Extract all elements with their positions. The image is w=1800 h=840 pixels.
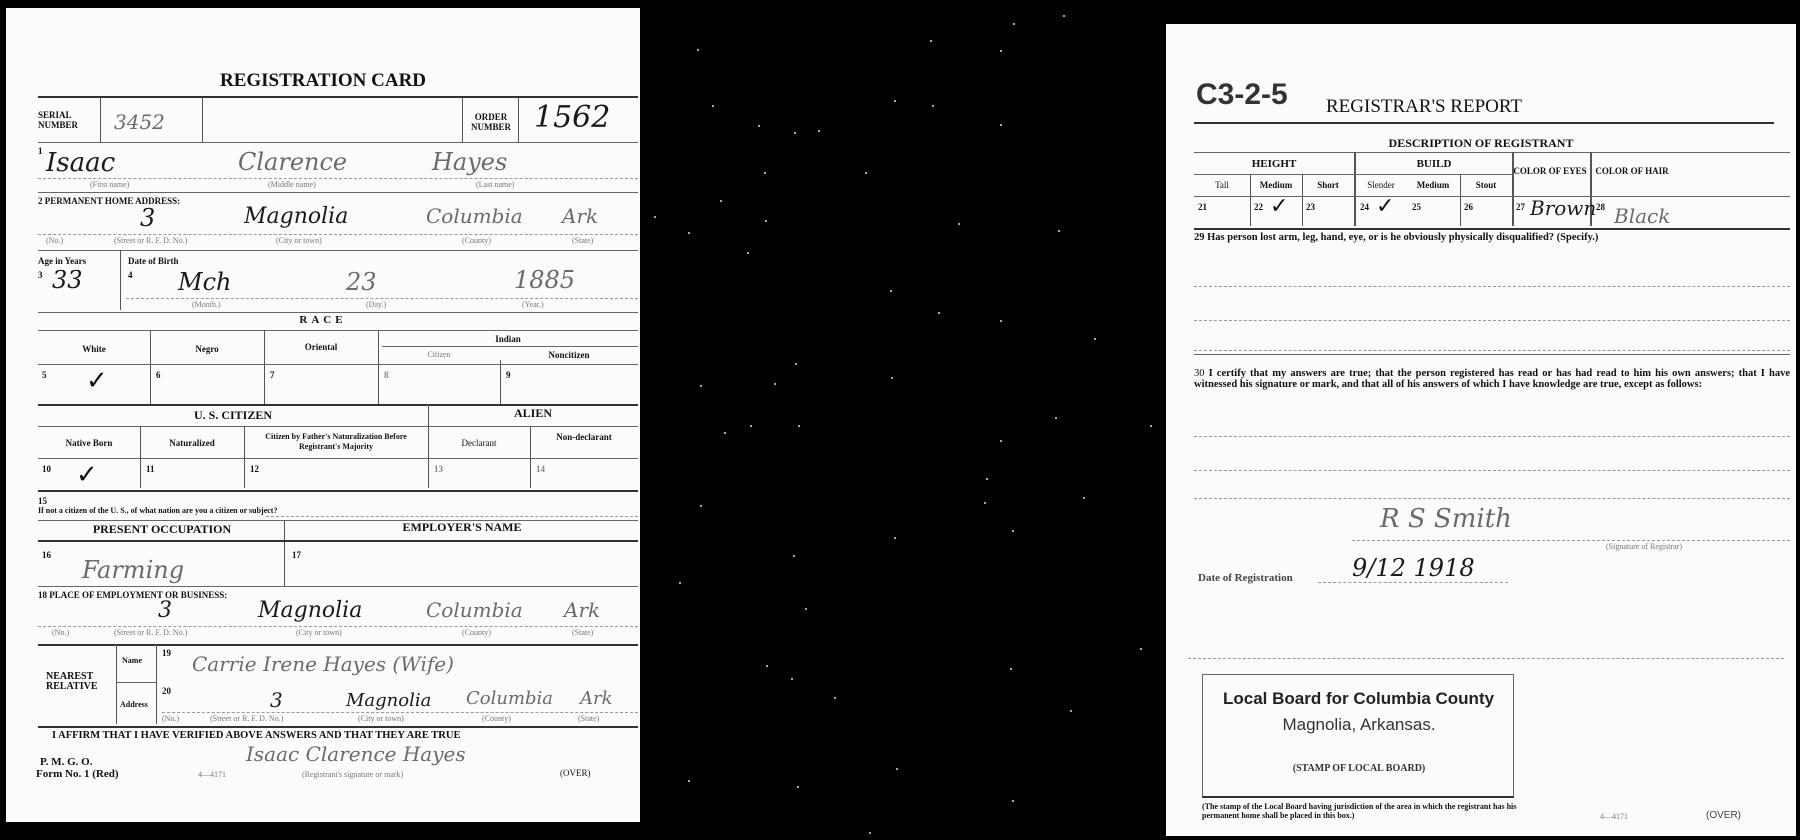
stamp-caption: (STAMP OF LOCAL BOARD) bbox=[1203, 763, 1515, 774]
dob-label: Date of Birth bbox=[128, 256, 179, 266]
stamp-line2: Magnolia, Arkansas. bbox=[1203, 715, 1515, 735]
last-name: Hayes bbox=[432, 148, 507, 176]
dob-month: Mch bbox=[178, 268, 231, 296]
occupation-label: PRESENT OCCUPATION bbox=[38, 522, 286, 537]
build-slender-checkmark: ✓ bbox=[1376, 194, 1394, 219]
serial-value: 3452 bbox=[114, 110, 165, 134]
home-no: 3 bbox=[140, 204, 155, 232]
hair-color-value: Black bbox=[1614, 204, 1670, 228]
dob-day: 23 bbox=[346, 268, 377, 296]
dob-year: 1885 bbox=[514, 266, 575, 294]
relative-address-city: Magnolia bbox=[346, 690, 431, 711]
relative-address-no: 3 bbox=[270, 688, 283, 712]
eye-color-value: Brown bbox=[1530, 196, 1596, 220]
age-label: Age in Years bbox=[38, 256, 86, 266]
employment-place-label: 18 PLACE OF EMPLOYMENT OR BUSINESS: bbox=[38, 590, 227, 600]
first-name: Isaac bbox=[46, 148, 115, 178]
employment-county: Columbia bbox=[426, 598, 523, 622]
relative-name: Carrie Irene Hayes (Wife) bbox=[192, 652, 454, 676]
native-born-checkmark: ✓ bbox=[76, 460, 98, 490]
registration-card: REGISTRATION CARD SERIAL NUMBER 3452 ORD… bbox=[6, 8, 640, 822]
report-title: REGISTRAR'S REPORT bbox=[1326, 96, 1522, 118]
occupation-value: Farming bbox=[82, 556, 184, 584]
home-county: Columbia bbox=[426, 204, 523, 228]
relative-address-state: Ark bbox=[580, 688, 613, 709]
stamp-line1: Local Board for Columbia County bbox=[1223, 689, 1494, 709]
home-city: Magnolia bbox=[244, 204, 348, 229]
employment-city: Magnolia bbox=[258, 598, 362, 623]
stamp-code: C3-2-5 bbox=[1196, 78, 1288, 112]
over-label: (OVER) bbox=[560, 768, 591, 778]
height-medium-checkmark: ✓ bbox=[1270, 194, 1288, 219]
card-title: REGISTRATION CARD bbox=[6, 70, 640, 92]
registrars-report-card: C3-2-5 REGISTRAR'S REPORT DESCRIPTION OF… bbox=[1166, 24, 1796, 836]
serial-label: SERIAL NUMBER bbox=[38, 110, 98, 130]
description-title: DESCRIPTION OF REGISTRANT bbox=[1166, 136, 1796, 151]
race-title: RACE bbox=[6, 314, 640, 326]
order-value: 1562 bbox=[534, 100, 610, 135]
registration-date: 9/12 1918 bbox=[1352, 554, 1475, 582]
alien-title: ALIEN bbox=[428, 406, 638, 421]
stamp-note: (The stamp of the Local Board having jur… bbox=[1202, 802, 1522, 820]
nearest-relative-label: NEAREST RELATIVE bbox=[46, 672, 116, 692]
affirmation-text: I AFFIRM THAT I HAVE VERIFIED ABOVE ANSW… bbox=[52, 730, 460, 741]
order-label: ORDER NUMBER bbox=[466, 112, 516, 132]
home-state: Ark bbox=[562, 204, 598, 228]
us-citizen-title: U. S. CITIZEN bbox=[38, 408, 428, 423]
registrar-signature: R S Smith bbox=[1380, 504, 1512, 534]
question-30: 30 I certify that my answers are true; t… bbox=[1194, 368, 1790, 390]
employment-no: 3 bbox=[158, 598, 172, 623]
relative-address-county: Columbia bbox=[466, 688, 553, 709]
employer-label: EMPLOYER'S NAME bbox=[286, 520, 638, 535]
form-id-line2: Form No. 1 (Red) bbox=[36, 768, 118, 780]
middle-name: Clarence bbox=[238, 148, 347, 176]
age-value: 33 bbox=[52, 266, 83, 294]
over-label: (OVER) bbox=[1706, 810, 1741, 821]
local-board-stamp-box: Local Board for Columbia County Magnolia… bbox=[1202, 674, 1514, 798]
date-label: Date of Registration bbox=[1198, 572, 1293, 584]
home-address-label: 2 PERMANENT HOME ADDRESS: bbox=[38, 196, 180, 206]
form-id-line1: P. M. G. O. bbox=[40, 756, 92, 768]
registrant-signature: Isaac Clarence Hayes bbox=[246, 742, 466, 766]
employment-state: Ark bbox=[564, 598, 600, 622]
nation-question: If not a citizen of the U. S., of what n… bbox=[38, 506, 277, 515]
white-checkmark: ✓ bbox=[86, 366, 108, 396]
question-29: 29 Has person lost arm, leg, hand, eye, … bbox=[1194, 232, 1790, 244]
